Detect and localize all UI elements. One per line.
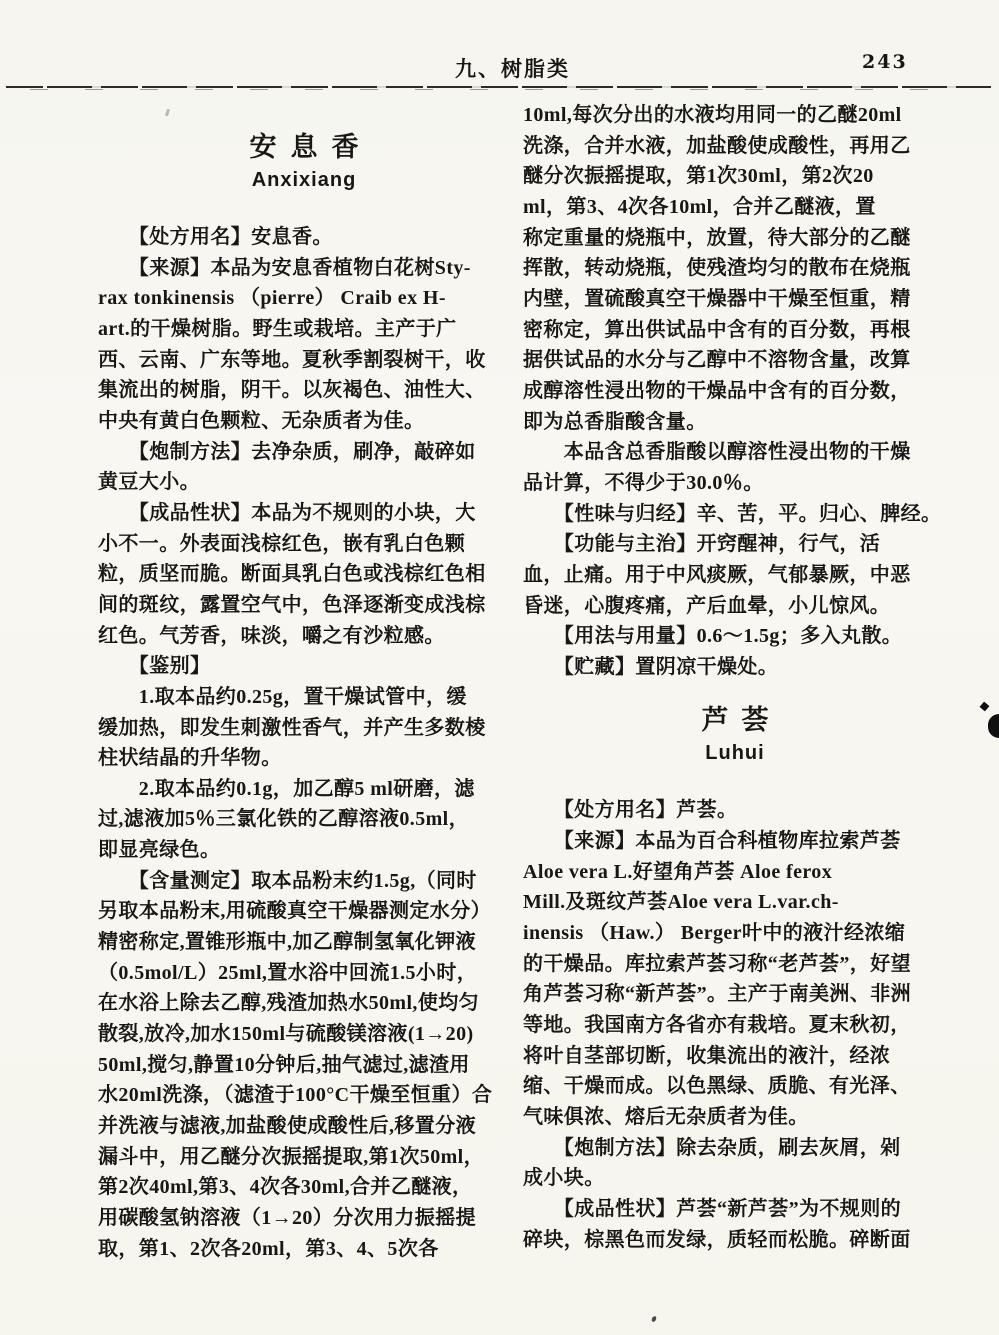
text-line: 【贮藏】置阴凉干燥处。 (523, 652, 947, 683)
text-line: 据供试品的水分与乙醇中不溶物含量，改算 (523, 345, 947, 376)
text-line: 【来源】本品为安息香植物白花树Sty- (98, 253, 510, 284)
text-line: 【成品性状】本品为不规则的小块，大 (98, 498, 510, 529)
text-line: 过,滤液加5％三氯化铁的乙醇溶液0.5ml， (98, 804, 510, 835)
text-line: 缓加热，即发生刺激性香气，并产生多数棱 (98, 713, 510, 744)
text-line: 【用法与用量】0.6～1.5g；多入丸散。 (523, 621, 947, 652)
article-title-luhui: 芦荟 (523, 703, 947, 737)
text-line: 水20ml洗涤，（滤渣于100°C干燥至恒重）合 (98, 1080, 510, 1111)
header-rule (6, 86, 991, 88)
text-line: 10ml,每次分出的水液均用同一的乙醚20ml (523, 100, 947, 131)
ink-speck-bottom (651, 1315, 657, 1322)
text-line: 品计算，不得少于30.0％。 (523, 468, 947, 499)
text-line: 碎块，棕黑色而发绿，质轻而松脆。碎断面 (523, 1225, 947, 1256)
ink-speck-top-left (165, 109, 170, 117)
text-line: 昏迷，心腹疼痛，产后血晕，小儿惊风。 (523, 591, 947, 622)
text-line: 挥散，转动烧瓶，使残渣均匀的散布在烧瓶 (523, 253, 947, 284)
right-column-text-continuation: 10ml,每次分出的水液均用同一的乙醚20ml洗涤，合并水液，加盐酸使成酸性，再… (523, 100, 947, 682)
text-line: 2.取本品约0.1g，加乙醇5 ml研磨，滤 (98, 774, 510, 805)
text-line: 洗涤，合并水液，加盐酸使成酸性，再用乙 (523, 131, 947, 162)
text-line: 成小块。 (523, 1163, 947, 1194)
text-line: rax tonkinensis （pierre） Craib ex H- (98, 283, 510, 314)
text-line: 另取本品粉末,用硫酸真空干燥器测定水分） (98, 896, 510, 927)
text-line: 密称定，算出供试品中含有的百分数，再根 (523, 315, 947, 346)
right-column-text-luhui: 【处方用名】芦荟。 【来源】本品为百合科植物库拉索芦荟Aloe vera L.好… (523, 795, 947, 1255)
text-line: 用碳酸氢钠溶液（1→20）分次用力振摇提 (98, 1203, 510, 1234)
text-line: （0.5mol/L）25ml,置水浴中回流1.5小时， (98, 958, 510, 989)
text-line: 【功能与主治】开窍醒神，行气，活 (523, 529, 947, 560)
text-line: 集流出的树脂，阴干。以灰褐色、油性大、 (98, 375, 510, 406)
text-line: 在水浴上除去乙醇,残渣加热水50ml,使均匀 (98, 988, 510, 1019)
text-line: 散裂,放冷,加水150ml与硫酸镁溶液(1→20) (98, 1019, 510, 1050)
text-line: art.的干燥树脂。野生或栽培。主产于广 (98, 314, 510, 345)
text-line: 第2次40ml,第3、4次各30ml,合并乙醚液， (98, 1172, 510, 1203)
text-line: ml，第3、4次各10ml，合并乙醚液，置 (523, 192, 947, 223)
text-line: 内壁，置硫酸真空干燥器中干燥至恒重，精 (523, 284, 947, 315)
text-line: 【炮制方法】除去杂质，刷去灰屑，剁 (523, 1133, 947, 1164)
text-line: 间的斑纹，露置空气中，色泽逐渐变成浅棕 (98, 590, 510, 621)
text-line: 【含量测定】取本品粉末约1.5g,（同时 (98, 866, 510, 897)
text-line: 粒，质坚而脆。断面具乳白色或浅棕红色相 (98, 559, 510, 590)
text-line: 血，止痛。用于中风痰厥，气郁暴厥，中恶 (523, 560, 947, 591)
left-column: 安息香 Anxixiang 【处方用名】安息香。 【来源】本品为安息香植物白花树… (98, 118, 510, 1264)
text-line: 将叶自茎部切断，收集流出的液汁，经浓 (523, 1041, 947, 1072)
text-line: 【鉴别】 (98, 651, 510, 682)
text-line: 50ml,搅匀,静置10分钟后,抽气滤过,滤渣用 (98, 1050, 510, 1081)
scanned-book-page: 九、树脂类 243 安息香 Anxixiang 【处方用名】安息香。 【来源】本… (0, 0, 999, 1335)
ink-smudge-dot (980, 702, 990, 712)
text-line: 红色。气芳香，味淡，嚼之有沙粒感。 (98, 621, 510, 652)
text-line: 【性味与归经】辛、苦，平。归心、脾经。 (523, 499, 947, 530)
text-line: 柱状结晶的升华物。 (98, 743, 510, 774)
article-title-anxixiang: 安息香 (98, 130, 510, 164)
article-header-luhui: 芦荟 Luhui (523, 703, 947, 765)
text-line: 小不一。外表面浅棕红色，嵌有乳白色颗 (98, 529, 510, 560)
text-line: Aloe vera L.好望角芦荟 Aloe ferox (523, 857, 947, 888)
text-line: 并洗液与滤液,加盐酸使成酸性后,移置分液 (98, 1111, 510, 1142)
text-line: 本品含总香脂酸以醇溶性浸出物的干燥 (523, 437, 947, 468)
chapter-title: 九、树脂类 (455, 53, 570, 83)
ink-smudge-right-edge (988, 714, 999, 738)
text-line: 等地。我国南方各省亦有栽培。夏末秋初， (523, 1010, 947, 1041)
page-number: 243 (862, 51, 908, 73)
text-line: 【炮制方法】去净杂质，刷净，敲碎如 (98, 437, 510, 468)
text-line: inensis （Haw.） Berger叶中的液汁经浓缩 (523, 918, 947, 949)
text-line: 取，第1、2次各20ml，第3、4、5次各 (98, 1234, 510, 1265)
text-line: 成醇溶性浸出物的干燥品中含有的百分数， (523, 376, 947, 407)
text-line: 称定重量的烧瓶中，放置，待大部分的乙醚 (523, 223, 947, 254)
text-line: 1.取本品约0.25g，置干燥试管中，缓 (98, 682, 510, 713)
text-line: 【处方用名】安息香。 (98, 222, 510, 253)
text-line: 即为总香脂酸含量。 (523, 407, 947, 438)
article-pinyin-luhui: Luhui (523, 741, 947, 765)
text-line: 【处方用名】芦荟。 (523, 795, 947, 826)
text-line: 西、云南、广东等地。夏秋季割裂树干，收 (98, 345, 510, 376)
text-line: 【成品性状】芦荟“新芦荟”为不规则的 (523, 1194, 947, 1225)
text-line: 醚分次振摇提取，第1次30ml，第2次20 (523, 161, 947, 192)
text-line: 缩、干燥而成。以色黑绿、质脆、有光泽、 (523, 1071, 947, 1102)
text-line: 的干燥品。库拉索芦荟习称“老芦荟”，好望 (523, 949, 947, 980)
text-line: Mill.及斑纹芦荟Aloe vera L.var.ch- (523, 887, 947, 918)
right-column: 10ml,每次分出的水液均用同一的乙醚20ml洗涤，合并水液，加盐酸使成酸性，再… (523, 100, 947, 1255)
text-line: 中央有黄白色颗粒、无杂质者为佳。 (98, 406, 510, 437)
text-line: 精密称定,置锥形瓶中,加乙醇制氢氧化钾液 (98, 927, 510, 958)
left-column-text: 【处方用名】安息香。 【来源】本品为安息香植物白花树Sty-rax tonkin… (98, 222, 510, 1264)
text-line: 即显亮绿色。 (98, 835, 510, 866)
text-line: 漏斗中，用乙醚分次振摇提取,第1次50ml， (98, 1142, 510, 1173)
text-line: 角芦荟习称“新芦荟”。主产于南美洲、非洲 (523, 979, 947, 1010)
article-pinyin-anxixiang: Anxixiang (98, 168, 510, 192)
text-line: 气味俱浓、熔后无杂质者为佳。 (523, 1102, 947, 1133)
text-line: 黄豆大小。 (98, 467, 510, 498)
text-line: 【来源】本品为百合科植物库拉索芦荟 (523, 826, 947, 857)
article-header-anxixiang: 安息香 Anxixiang (98, 130, 510, 192)
